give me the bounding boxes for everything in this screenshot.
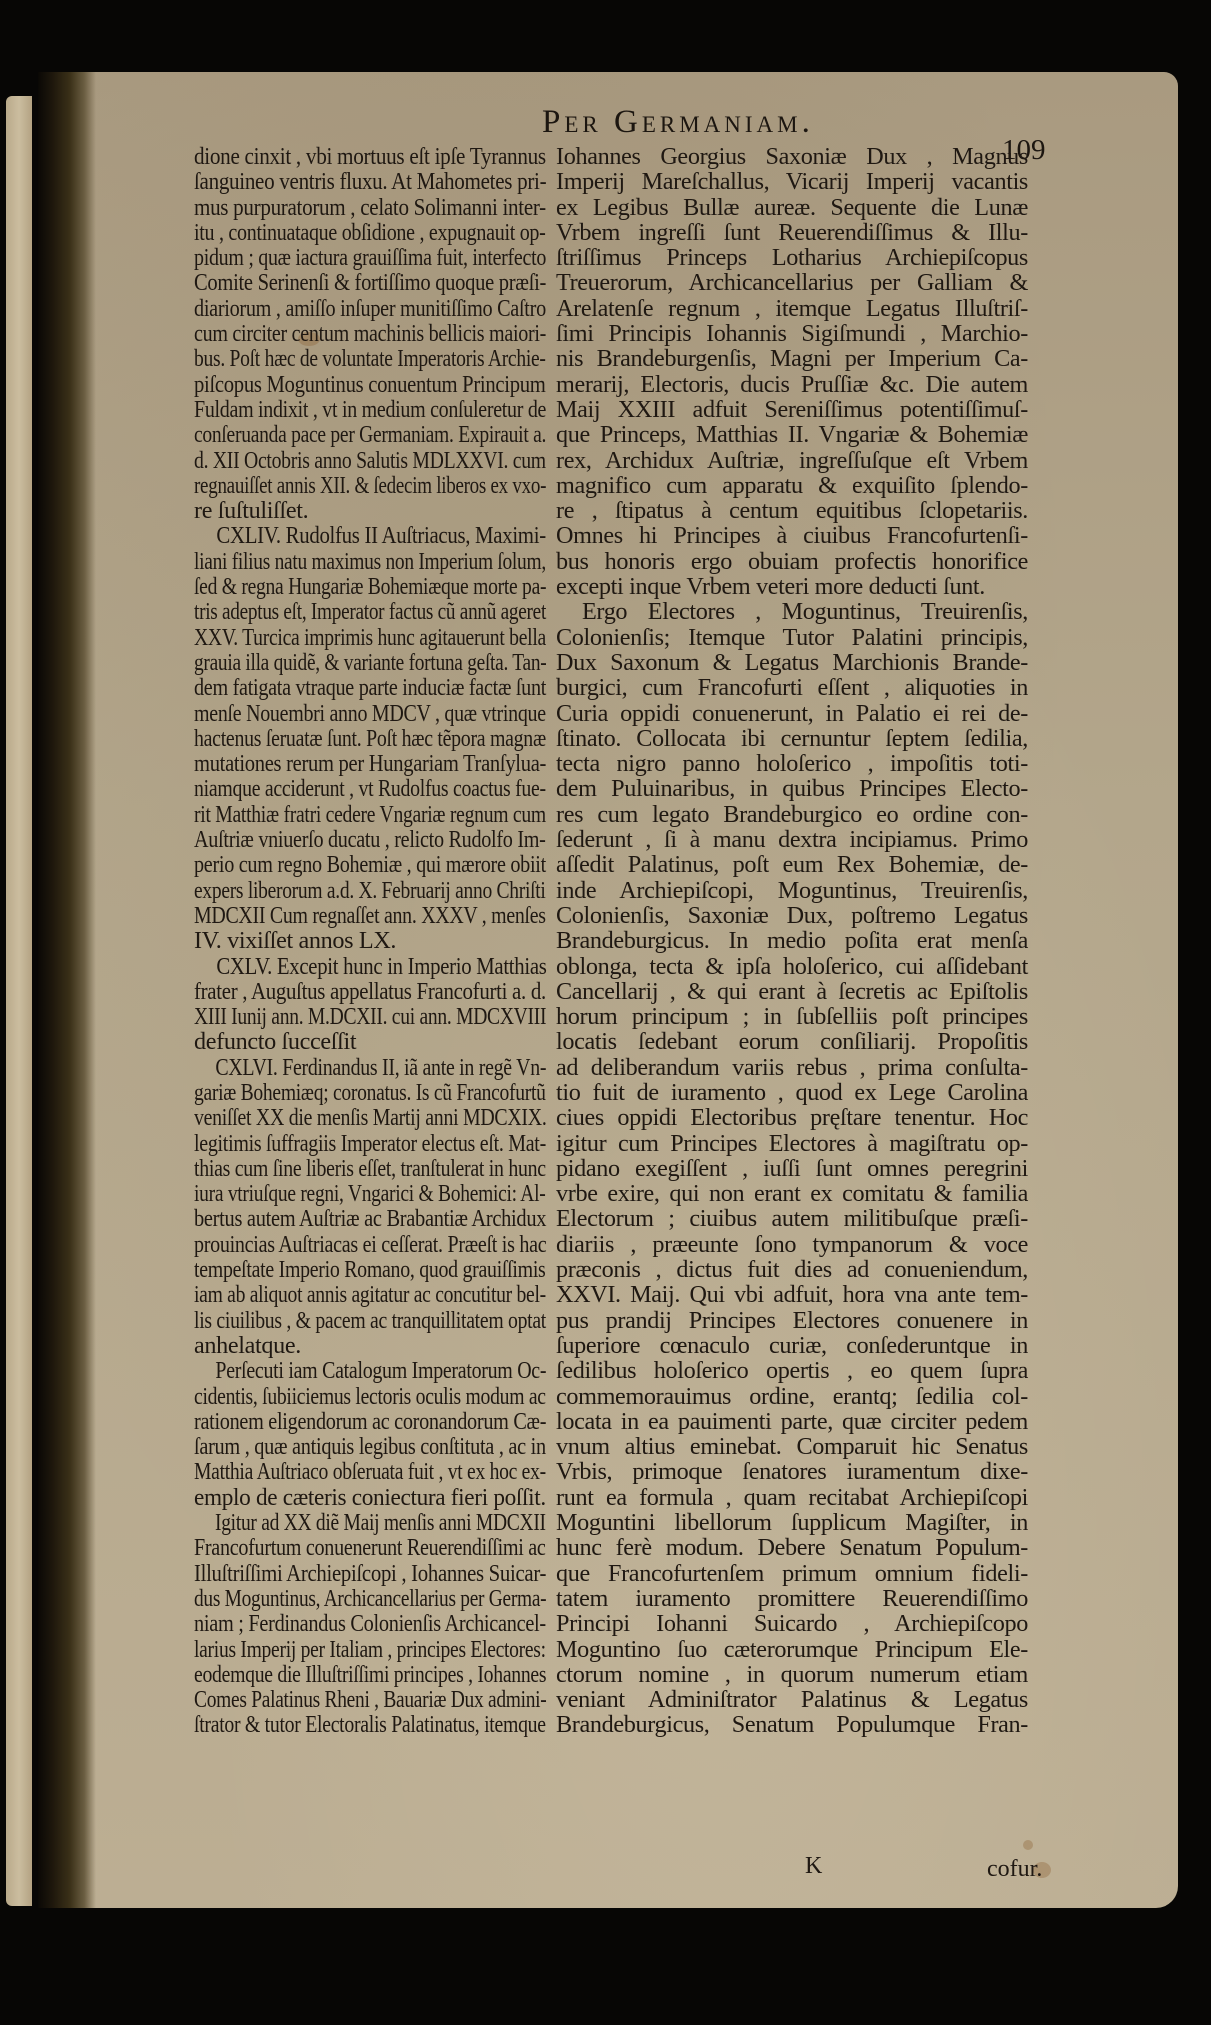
text-line: XXVI. Maij. Qui vbi adfuit, hora vna ant…: [556, 1282, 1028, 1307]
text-line: Illuſtriſſimi Archiepiſcopi , Iohannes S…: [194, 1561, 546, 1586]
running-head: Per Germaniam.: [542, 104, 814, 141]
text-line: oblonga, tecta & ipſa holoſerico, cui aſ…: [556, 954, 1028, 979]
text-line: Principi Iohanni Suicardo , Archiepiſcop…: [556, 1611, 1028, 1636]
text-line: thias cum ſine liberis eſſet, tranſtuler…: [194, 1156, 546, 1181]
text-line: ctorum nomine , in quorum numerum etiam: [556, 1662, 1028, 1687]
text-line: tio fuit de iuramento , quod ex Lege Car…: [556, 1080, 1028, 1105]
text-line: lis ciuilibus , & pacem ac tranquillitat…: [194, 1308, 546, 1333]
text-line: aſſedit Palatinus, poſt eum Rex Bohemiæ,…: [556, 852, 1028, 877]
text-line: iam ab aliquot annis agitatur ac concuti…: [194, 1282, 546, 1307]
text-line: IV. vixiſſet annos LX.: [194, 928, 546, 953]
text-line: Comes Palatinus Rheni , Bauariæ Dux admi…: [194, 1687, 546, 1712]
text-line: anhelatque.: [194, 1333, 546, 1358]
text-line: Dux Saxonum & Legatus Marchionis Brande-: [556, 650, 1028, 675]
text-line: tecta nigro panno holoſerico , impoſitis…: [556, 751, 1028, 776]
text-line: Imperij Mareſchallus, Vicarij Imperij va…: [556, 169, 1028, 194]
text-line: Comite Serinenſi & fortiſſimo quoque præ…: [194, 270, 546, 295]
text-line: Vrbem ingreſſi ſunt Reuerendiſſimus & Il…: [556, 220, 1028, 245]
text-line: CXLVI. Ferdinandus II, iã ante in regẽ V…: [194, 1055, 567, 1080]
text-line: pus prandij Principes Electores conuener…: [556, 1308, 1028, 1333]
text-line: pidum ; quæ iactura grauiſſima fuit, int…: [194, 245, 546, 270]
text-line: re ſuſtuliſſet.: [194, 498, 546, 523]
text-line: niamque acciderunt , vt Rudolfus coactus…: [194, 776, 546, 801]
text-line: commemorauimus ordine, erantq; ſedilia c…: [556, 1384, 1028, 1409]
text-line: Moguntini libellorum ſupplicum Magiſter,…: [556, 1510, 1028, 1535]
text-line: nis Brandeburgenſis, Magni per Imperium …: [556, 346, 1028, 371]
text-line: rationem eligendorum ac coronandorum Cæ-: [194, 1409, 546, 1434]
text-line: hunc ferè modum. Debere Senatum Populum-: [556, 1535, 1028, 1560]
text-line: horum principum ; in ſubſelliis poſt pri…: [556, 1004, 1028, 1029]
gutter-shadow: [38, 72, 96, 1908]
text-line: tris adeptus eſt, Imperator factus cũ an…: [194, 599, 546, 624]
text-line: mutationes rerum per Hungariam Tranſylua…: [194, 751, 546, 776]
text-line: bus. Poſt hæc de voluntate Imperatoris A…: [194, 346, 546, 371]
text-line: ciues oppidi Electoribus pręſtare tenent…: [556, 1105, 1028, 1130]
text-line: Perſecuti iam Catalogum Imperatorum Oc-: [194, 1358, 567, 1383]
text-line: tempeſtate Imperio Romano, quod grauiſſi…: [194, 1257, 546, 1282]
text-line: rit Matthiæ fratri cedere Vngariæ regnum…: [194, 802, 546, 827]
text-line: CXLIV. Rudolfus II Auſtriacus, Maximi-: [194, 523, 569, 548]
text-line: diariis , præeunte ſono tympanorum & voc…: [556, 1232, 1028, 1257]
text-line: magnifico cum apparatu & exquiſito ſplen…: [556, 473, 1028, 498]
text-line: defuncto ſucceſſit: [194, 1029, 546, 1054]
text-line: Moguntino ſuo cæterorumque Principum Ele…: [556, 1637, 1028, 1662]
text-line: ſanguineo ventris fluxu. At Mahometes pr…: [194, 169, 546, 194]
text-line: ſtriſſimus Princeps Lotharius Archiepiſc…: [556, 245, 1028, 270]
text-line: Curia oppidi conuenerunt, in Palatio ei …: [556, 701, 1028, 726]
text-line: ſedilibus holoſerico opertis , eo quem ſ…: [556, 1358, 1028, 1383]
text-line: merarij, Electoris, ducis Pruſſiæ &c. Di…: [556, 372, 1028, 397]
text-line: expers liberorum a.d. X. Februarij anno …: [194, 878, 546, 903]
text-line: grauia illa quidẽ, & variante fortuna ge…: [194, 650, 546, 675]
text-line: vrbe exire, qui non erant ex comitatu & …: [556, 1181, 1028, 1206]
text-line: XXV. Turcica imprimis hunc agitauerunt b…: [194, 625, 546, 650]
text-line: Cancellarij , & qui erant à ſecretis ac …: [556, 979, 1028, 1004]
text-line: Omnes hi Principes à ciuibus Francofurte…: [556, 523, 1028, 548]
text-line: cum circiter centum machinis bellicis ma…: [194, 321, 546, 346]
text-line: ſed & regna Hungariæ Bohemiæque morte pa…: [194, 574, 546, 599]
text-line: larius Imperij per Italiam , principes E…: [194, 1637, 546, 1662]
text-line: locata in ea pauimenti parte, quæ circit…: [556, 1409, 1028, 1434]
text-line: runt ea formula , quam recitabat Archiep…: [556, 1485, 1028, 1510]
text-line: eodemque die Illuſtriſſimi principes , I…: [194, 1662, 546, 1687]
text-line: Electorum ; ciuibus autem militibuſque p…: [556, 1206, 1028, 1231]
text-line: dus Moguntinus, Archicancellarius per Ge…: [194, 1586, 546, 1611]
text-line: Igitur ad XX diẽ Maij menſis anni MDCXII: [194, 1510, 567, 1535]
text-line: MDCXII Cum regnaſſet ann. XXXV , menſes: [194, 903, 546, 928]
text-line: hactenus ſeruatæ ſunt. Poſt hæc tẽpora m…: [194, 726, 546, 751]
text-line: piſcopus Moguntinus conuentum Principum: [194, 372, 546, 397]
text-line: perio cum regno Bohemiæ , qui mærore obi…: [194, 852, 546, 877]
text-line: veniant Adminiſtrator Palatinus & Legatu…: [556, 1687, 1028, 1712]
text-line: legitimis ſuffragiis Imperator electus e…: [194, 1131, 546, 1156]
text-line: liani filius natu maximus non Imperium ſ…: [194, 549, 546, 574]
text-line: ſimi Principis Iohannis Sigiſmundi , Mar…: [556, 321, 1028, 346]
text-line: Iohannes Georgius Saxoniæ Dux , Magnus: [556, 144, 1028, 169]
text-line: re , ſtipatus à centum equitibus ſclopet…: [556, 498, 1028, 523]
text-line: conſeruanda pace per Germaniam. Expiraui…: [194, 422, 546, 447]
text-line: Brandeburgicus, Senatum Populumque Fran-: [556, 1712, 1028, 1737]
text-line: ad deliberandum variis rebus , prima con…: [556, 1055, 1028, 1080]
text-line: ſuperiore cœnaculo curiæ, conſederuntque…: [556, 1333, 1028, 1358]
text-line: rex, Archidux Auſtriæ, ingreſſuſque eſt …: [556, 448, 1028, 473]
adjacent-page-edge: [6, 96, 32, 1906]
text-line: ex Legibus Bullæ aureæ. Sequente die Lun…: [556, 195, 1028, 220]
text-line: mus purpuratorum , celato Solimanni inte…: [194, 195, 546, 220]
text-line: bus honoris ergo obuiam profectis honori…: [556, 549, 1028, 574]
left-text-column: dione cinxit , vbi mortuus eſt ipſe Tyra…: [194, 144, 546, 1738]
text-line: Ergo Electores , Moguntinus, Treuirenſis…: [556, 599, 1028, 624]
text-line: XIII Iunij ann. M.DCXII. cui ann. MDCXVI…: [194, 1004, 546, 1029]
text-line: Auſtriæ vniuerſo ducatu , relicto Rudolf…: [194, 827, 546, 852]
text-line: Colonienſis, Saxoniæ Dux, poſtremo Legat…: [556, 903, 1028, 928]
text-line: Treuerorum, Archicancellarius per Gallia…: [556, 270, 1028, 295]
text-line: ſarum , quæ antiquis legibus conſtituta …: [194, 1434, 546, 1459]
text-line: gariæ Bohemiæq; coronatus. Is cũ Francof…: [194, 1080, 546, 1105]
text-line: Arelatenſe regnum , itemque Legatus Illu…: [556, 296, 1028, 321]
text-line: diariorum , amiſſo inſuper munitiſſimo C…: [194, 296, 546, 321]
text-line: pidano exegiſſent , iuſſi ſunt omnes per…: [556, 1156, 1028, 1181]
text-line: excepti inque Vrbem veteri more deducti …: [556, 574, 1028, 599]
text-line: emplo de cæteris coniectura fieri poſſit…: [194, 1485, 546, 1510]
text-line: dione cinxit , vbi mortuus eſt ipſe Tyra…: [194, 144, 546, 169]
text-line: cidentis, ſubiiciemus lectoris oculis mo…: [194, 1384, 546, 1409]
text-line: prouincias Auſtriacas ei ceſſerat. Præeſ…: [194, 1232, 546, 1257]
text-line: Matthia Auſtriaco obſeruata fuit , vt ex…: [194, 1459, 546, 1484]
text-line: igitur cum Principes Electores à magiſtr…: [556, 1131, 1028, 1156]
text-line: burgici, cum Francofurti eſſent , aliquo…: [556, 675, 1028, 700]
signature-mark: K: [805, 1853, 822, 1880]
text-line: tatem iuramento promittere Reuerendiſſim…: [556, 1586, 1028, 1611]
text-line: d. XII Octobris anno Salutis MDLXXVI. cu…: [194, 448, 546, 473]
text-line: Brandeburgicus. In medio poſita erat men…: [556, 928, 1028, 953]
text-line: præconis , dictus fuit dies ad conuenien…: [556, 1257, 1028, 1282]
text-line: Colonienſis; Itemque Tutor Palatini prin…: [556, 625, 1028, 650]
paper-stain: [1023, 1840, 1033, 1850]
text-line: itu , continuataque obſidione , expugnau…: [194, 220, 546, 245]
text-line: Fuldam indixit , vt in medium conſuleret…: [194, 397, 546, 422]
right-text-column: Iohannes Georgius Saxoniæ Dux , MagnusIm…: [556, 144, 1028, 1738]
text-line: Vrbis, primoque ſenatores iuramentum dix…: [556, 1459, 1028, 1484]
text-line: res cum legato Brandeburgico eo ordine c…: [556, 802, 1028, 827]
text-line: ſtrator & tutor Electoralis Palatinatus,…: [194, 1712, 546, 1737]
text-line: CXLV. Excepit hunc in Imperio Matthias: [194, 954, 569, 979]
text-line: locatis ſedebant eorum conſiliarij. Prop…: [556, 1029, 1028, 1054]
text-line: niam ; Ferdinandus Colonienſis Archicanc…: [194, 1611, 546, 1636]
text-line: vnum altius eminebat. Comparuit hic Sena…: [556, 1434, 1028, 1459]
catchword: cofur.: [987, 1856, 1042, 1883]
text-line: dem Puluinaribus, in quibus Principes El…: [556, 776, 1028, 801]
text-line: Francofurtum conuenerunt Reuerendiſſimi …: [194, 1535, 546, 1560]
text-line: que Francofurtenſem primum omnium fideli…: [556, 1561, 1028, 1586]
text-line: iura vtriuſque regni, Vngarici & Bohemic…: [194, 1181, 546, 1206]
text-line: frater , Auguſtus appellatus Francofurti…: [194, 979, 546, 1004]
text-line: ſtinato. Collocata ibi cernuntur ſeptem …: [556, 726, 1028, 751]
text-line: ſederunt , ſi à manu dextra incipiamus. …: [556, 827, 1028, 852]
text-line: regnauiſſet annis XII. & ſedecim liberos…: [194, 473, 546, 498]
text-line: que Princeps, Matthias II. Vngariæ & Boh…: [556, 422, 1028, 447]
text-line: menſe Nouembri anno MDCV , quæ vtrinque: [194, 701, 546, 726]
text-line: inde Archiepiſcopi, Moguntinus, Treuiren…: [556, 878, 1028, 903]
text-line: dem fatigata vtraque parte induciæ factæ…: [194, 675, 546, 700]
text-line: bertus autem Auſtriæ ac Brabantiæ Archid…: [194, 1206, 546, 1231]
text-line: veniſſet XX die menſis Martij anni MDCXI…: [194, 1105, 546, 1130]
text-line: Maij XXIII adfuit Sereniſſimus potentiſſ…: [556, 397, 1028, 422]
